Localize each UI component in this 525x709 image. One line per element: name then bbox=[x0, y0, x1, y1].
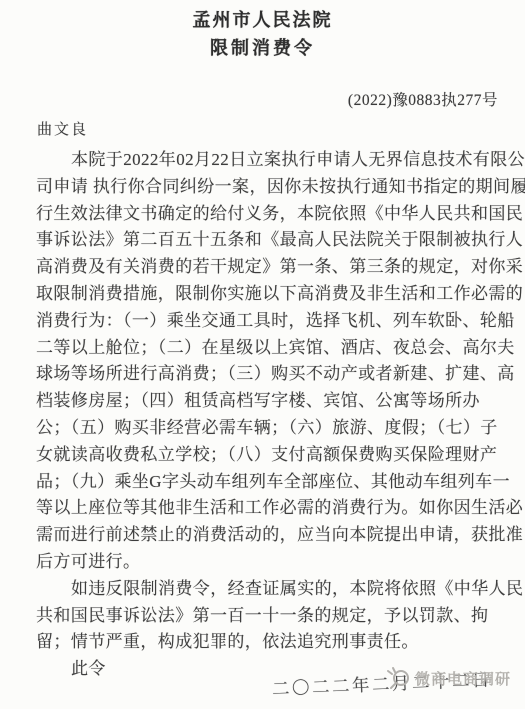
court-name: 孟州市人民法院 bbox=[0, 6, 525, 32]
case-number: (2022)豫0883执277号 bbox=[348, 88, 498, 110]
body-line: 行生效法律文书确定的给付义务，本院依照《中华人民共和国民 bbox=[36, 201, 492, 228]
body-line: 二等以上舱位；（二）在星级以上宾馆、酒店、夜总会、高尔夫 bbox=[36, 335, 492, 362]
body-line: 高消费及有关消费的若干规定》第一条、第三条的规定，对你采 bbox=[36, 254, 492, 281]
body-line: 品；（九）乘坐G字头动车组列车全部座位、其他动车组列车一 bbox=[36, 469, 492, 496]
body-line: 本院于2022年02月22日立案执行申请人无界信息技术有限公 bbox=[36, 147, 492, 174]
body-line: 女就读高收费私立学校；（八）支付高额保费购买保险理财产 bbox=[36, 442, 492, 469]
body-line: 档装修房屋；（四）租赁高档写字楼、宾馆、公寓等场所办 bbox=[36, 388, 492, 415]
document-body: 本院于2022年02月22日立案执行申请人无界信息技术有限公 司申请 执行你合同… bbox=[36, 147, 492, 683]
body-line: 事诉讼法》第二百五十五条和《最高人民法院关于限制被执行人 bbox=[36, 227, 492, 254]
document-title: 限制消费令 bbox=[0, 34, 525, 60]
body-line: 需而进行前述禁止的消费活动的，应当向本院提出申请，获批准 bbox=[36, 522, 492, 549]
body-line: 等以上座位等其他非生活和工作必需的消费行为。如你因生活必 bbox=[36, 495, 492, 522]
body-line: 如违反限制消费令，经查证属实的，本院将依照《中华人民 bbox=[36, 576, 492, 603]
body-line: 司申请 执行你合同纠纷一案，因你未按执行通知书指定的期间履 bbox=[36, 174, 492, 201]
recipient-name: 曲文良 bbox=[37, 118, 88, 139]
watermark-text: 微商电商调研 bbox=[415, 668, 511, 689]
body-line: 共和国民事诉讼法》第一百一十一条的规定，予以罚款、拘 bbox=[36, 603, 492, 630]
body-line: 取限制消费措施，限制你实施以下高消费及非生活和工作必需的 bbox=[36, 281, 492, 308]
body-line: 后方可进行。 bbox=[36, 549, 492, 576]
body-line: 消费行为：（一）乘坐交通工具时，选择飞机、列车软卧、轮船 bbox=[36, 308, 492, 335]
document-page: 孟州市人民法院 限制消费令 (2022)豫0883执277号 曲文良 本院于20… bbox=[0, 0, 525, 709]
body-line: 球场等场所进行高消费；（三）购买不动产或者新建、扩建、高 bbox=[36, 361, 492, 388]
body-line: 公；（五）购买非经营必需车辆；（六）旅游、度假；（七）子 bbox=[36, 415, 492, 442]
watermark: 微商电商调研 bbox=[386, 666, 511, 690]
magnifier-icon bbox=[386, 666, 412, 690]
body-line: 留；情节严重，构成犯罪的，依法追究刑事责任。 bbox=[36, 629, 492, 656]
